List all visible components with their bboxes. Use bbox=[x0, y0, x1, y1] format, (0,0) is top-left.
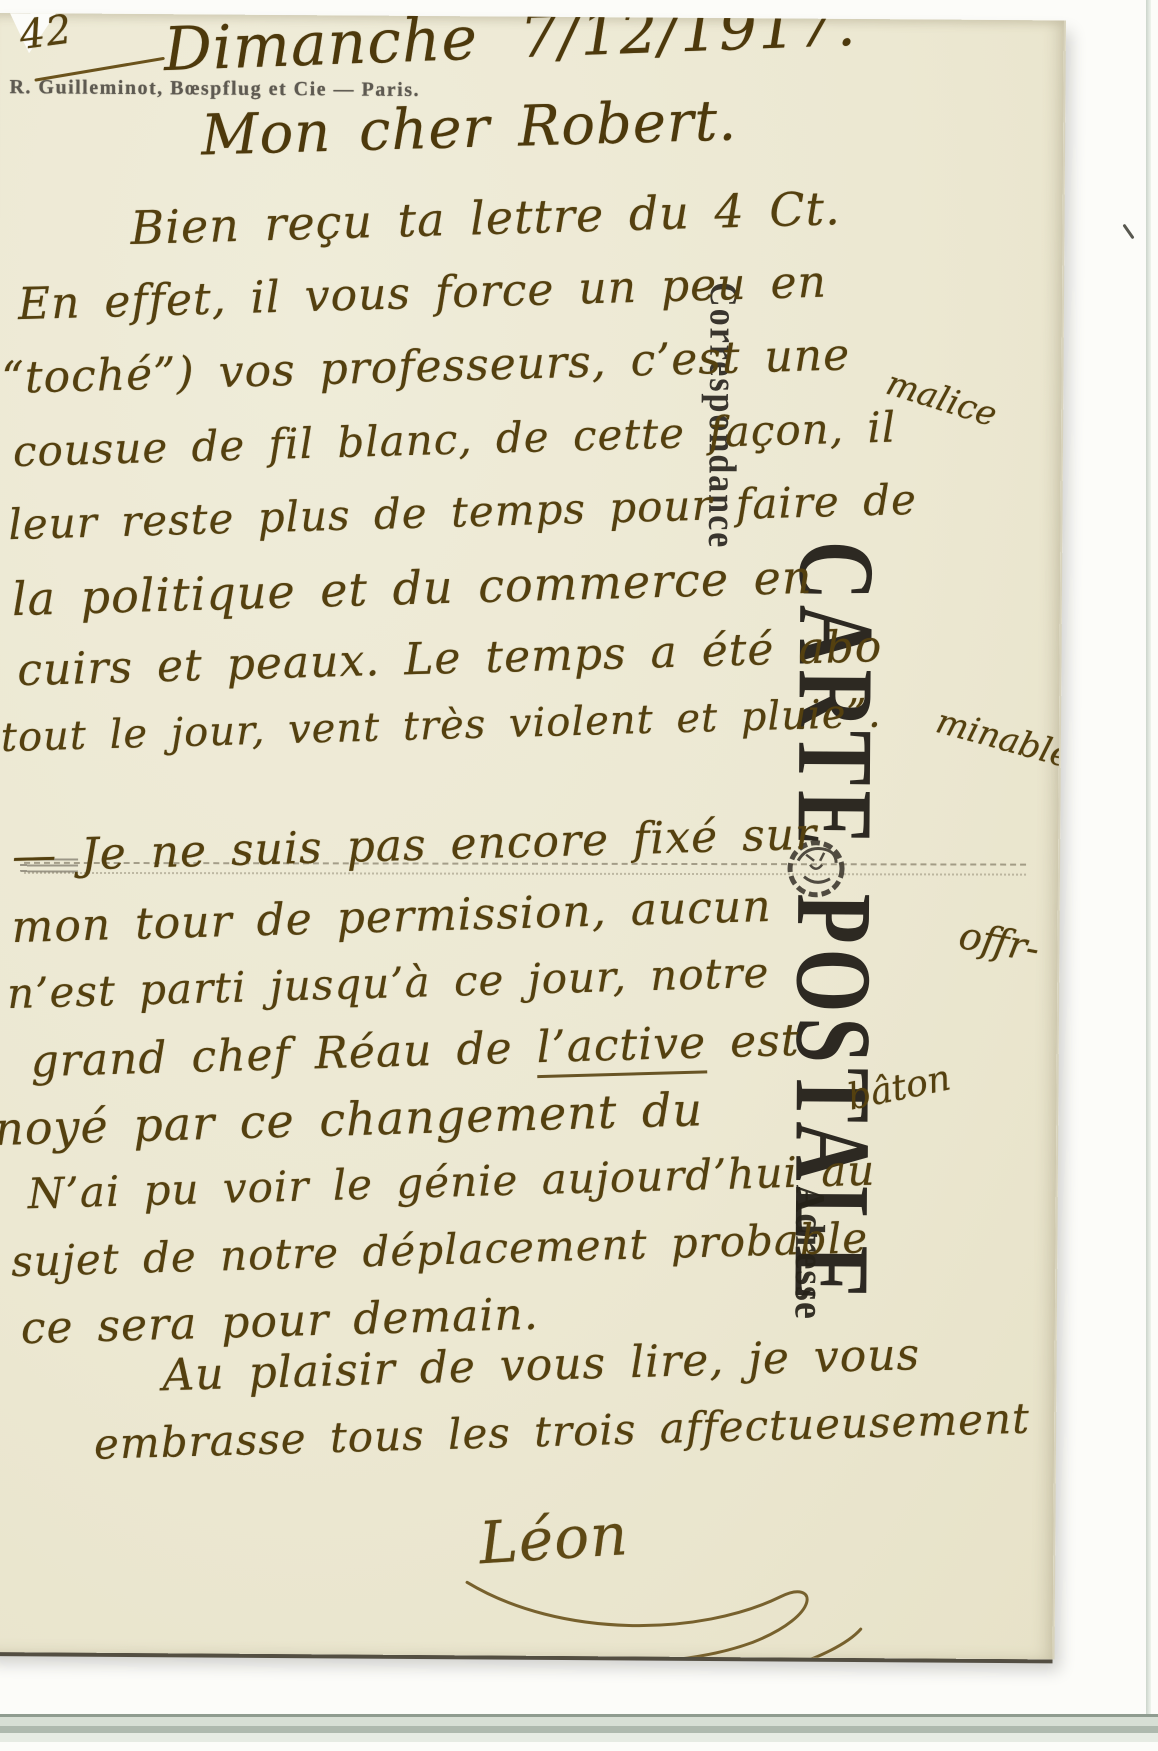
handwritten-line: cousue de fil blanc, de cette façon, il bbox=[12, 404, 897, 474]
handwritten-line-active-duty: grand chef Réau de l’active est bbox=[30, 1017, 800, 1086]
edge-word-minable: minable bbox=[933, 704, 1066, 773]
edge-word-officer: offr- bbox=[956, 916, 1042, 968]
handwritten-line: tout le jour, vent très violent et pluie… bbox=[0, 692, 882, 760]
printer-imprint: R. Guilleminot, Bœspflug et Cie — Paris. bbox=[9, 77, 420, 100]
date-line: Dimanche 7/12/1917. bbox=[163, 13, 858, 83]
signature-flourish bbox=[450, 1554, 881, 1659]
underlined-word: l’active bbox=[536, 1017, 707, 1078]
handwritten-line: N’ai pu voir le génie aujourd’hui au bbox=[27, 1148, 876, 1217]
scanner-edge-right bbox=[1146, 0, 1151, 1714]
margin-pen-mark bbox=[1122, 224, 1134, 240]
active-line-suffix: est bbox=[705, 1015, 800, 1069]
handwritten-line: leur reste plus de temps pour faire de bbox=[8, 477, 918, 548]
corner-number: 42 bbox=[17, 13, 75, 58]
handwritten-line: mon tour de permission, aucun bbox=[11, 883, 772, 952]
handwritten-line: noyé par ce changement du bbox=[0, 1085, 704, 1154]
handwritten-line: n’est parti jusqu’à ce jour, notre bbox=[7, 950, 770, 1017]
handwritten-line: embrasse tous les trois affectueusement bbox=[93, 1396, 1030, 1467]
scan-background: 42 Dimanche 7/12/1917. R. Guilleminot, B… bbox=[0, 0, 1158, 1751]
handwritten-line: la politique et du commerce en bbox=[11, 553, 813, 625]
active-line-prefix: grand chef Réau de bbox=[30, 1022, 537, 1087]
handwritten-line: sujet de notre déplacement probable bbox=[11, 1215, 869, 1284]
handwritten-line: cuirs et peaux. Le temps a été abo bbox=[17, 623, 883, 695]
salutation: Mon cher Robert. bbox=[200, 91, 737, 166]
scanner-edge-bottom bbox=[0, 1714, 1158, 1742]
postcard: 42 Dimanche 7/12/1917. R. Guilleminot, B… bbox=[0, 13, 1066, 1659]
edge-word-malice: malice bbox=[882, 366, 1000, 432]
handwritten-line: Bien reçu ta lettre du 4 Ct. bbox=[130, 184, 841, 253]
